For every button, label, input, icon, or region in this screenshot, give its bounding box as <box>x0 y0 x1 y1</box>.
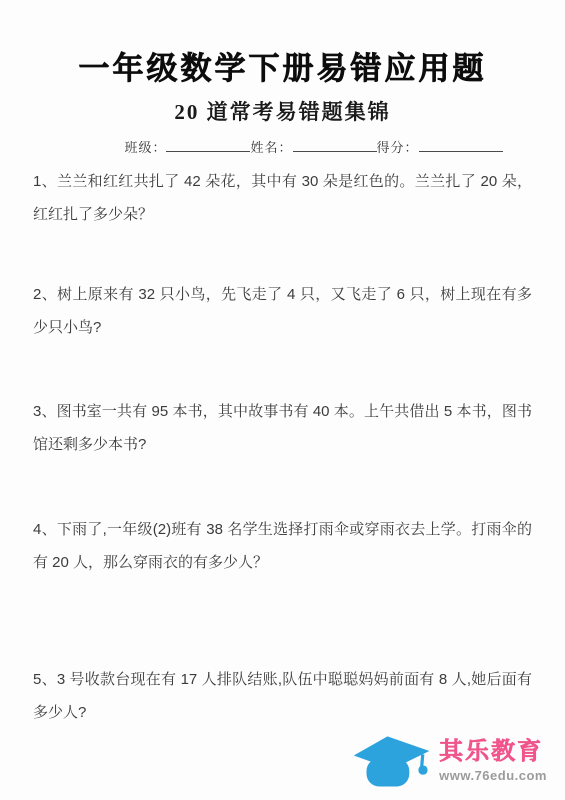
student-info-row: 班级：姓名：得分： <box>0 137 565 156</box>
question-4: 4、下雨了,一年级(2)班有 38 名学生选择打雨伞或穿雨衣去上学。打雨伞的有 … <box>33 513 532 579</box>
page-title: 一年级数学下册易错应用题 <box>0 0 565 89</box>
question-2: 2、树上原来有 32 只小鸟，先飞走了 4 只，又飞走了 6 只，树上现在有多少… <box>33 278 532 344</box>
question-5: 5、3 号收款台现在有 17 人排队结账,队伍中聪聪妈妈前面有 8 人,她后面有… <box>33 663 532 729</box>
question-1-text: 兰兰和红红共扎了 42 朵花，其中有 30 朵是红色的。兰兰扎了 20 朵，红红… <box>33 173 532 223</box>
question-3-number: 3、 <box>33 403 57 420</box>
question-3-text: 图书室一共有 95 本书，其中故事书有 40 本。上午共借出 5 本书，图书馆还… <box>33 403 532 453</box>
class-label: 班级： <box>124 140 166 155</box>
question-4-number: 4、 <box>33 521 57 538</box>
brand-text-block: 其乐教育 www.76edu.com <box>439 739 547 782</box>
score-label: 得分： <box>377 140 419 155</box>
question-5-text: 3 号收款台现在有 17 人排队结账,队伍中聪聪妈妈前面有 8 人,她后面有多少… <box>33 671 532 721</box>
name-blank-line <box>293 138 377 152</box>
class-blank-line <box>166 138 250 152</box>
question-3: 3、图书室一共有 95 本书，其中故事书有 40 本。上午共借出 5 本书，图书… <box>33 395 532 461</box>
question-2-number: 2、 <box>33 286 57 303</box>
brand-logo: 其乐教育 www.76edu.com <box>351 730 547 792</box>
question-1-number: 1、 <box>33 173 57 190</box>
page-subtitle: 20 道常考易错题集锦 <box>0 96 565 126</box>
brand-name: 其乐教育 <box>439 739 547 765</box>
name-label: 姓名： <box>250 140 292 155</box>
question-list: 1、兰兰和红红共扎了 42 朵花，其中有 30 朵是红色的。兰兰扎了 20 朵，… <box>33 165 532 729</box>
question-4-text: 下雨了,一年级(2)班有 38 名学生选择打雨伞或穿雨衣去上学。打雨伞的有 20… <box>33 521 532 571</box>
question-1: 1、兰兰和红红共扎了 42 朵花，其中有 30 朵是红色的。兰兰扎了 20 朵，… <box>33 165 532 231</box>
brand-url: www.76edu.com <box>439 768 547 783</box>
score-blank-line <box>419 138 503 152</box>
question-2-text: 树上原来有 32 只小鸟，先飞走了 4 只，又飞走了 6 只，树上现在有多少只小… <box>33 286 532 336</box>
question-5-number: 5、 <box>33 671 57 688</box>
worksheet-page: 一年级数学下册易错应用题 20 道常考易错题集锦 班级：姓名：得分： 1、兰兰和… <box>0 0 565 800</box>
graduation-cap-icon <box>351 730 433 792</box>
